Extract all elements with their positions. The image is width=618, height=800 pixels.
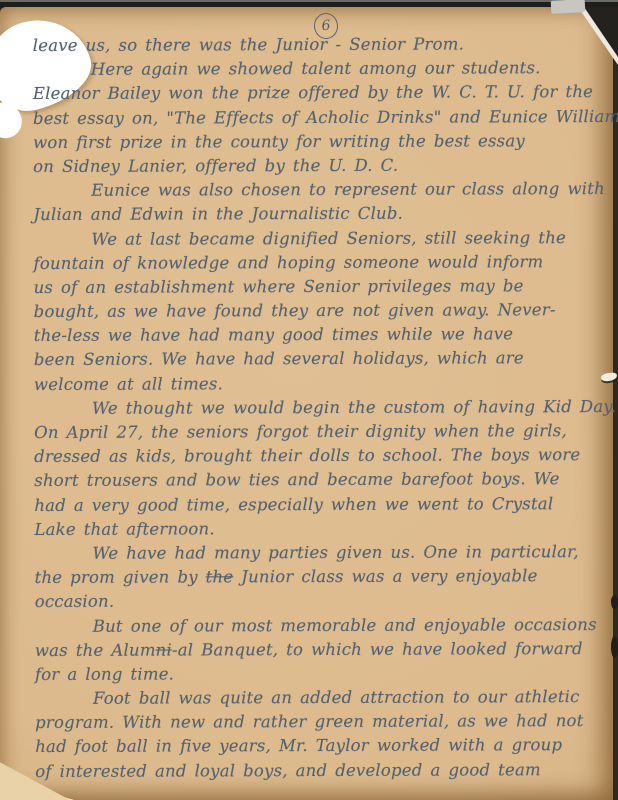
handwriting-lines: leave us, so there was the Junior - Seni… <box>33 32 606 784</box>
handwriting-text: We thought we would begin the custom of … <box>92 397 616 418</box>
handwriting-line: We at last became dignified Seniors, sti… <box>33 226 603 252</box>
handwriting-text: Junior class was a very enjoyable <box>233 566 537 586</box>
handwriting-text: fountain of knowledge and hoping someone… <box>33 252 543 273</box>
handwriting-text: the prom given by <box>35 568 206 588</box>
handwriting-text: dressed as kids, brought their dolls to … <box>34 445 580 466</box>
handwriting-text: of interested and loyal boys, and develo… <box>35 760 541 781</box>
handwriting-text: leave us, so there was the Junior - Seni… <box>33 34 464 55</box>
handwriting-text: bought, as we have found they are not gi… <box>34 300 556 321</box>
handwriting-line: We thought we would begin the custom of … <box>34 395 604 421</box>
struck-word: ni <box>156 640 172 659</box>
handwriting-line: for a long time. <box>35 661 605 687</box>
handwriting-line: fountain of knowledge and hoping someone… <box>33 250 603 276</box>
handwriting-line: of interested and loyal boys, and develo… <box>35 758 605 784</box>
handwriting-text: been Seniors. We have had several holida… <box>34 349 524 370</box>
handwriting-text: Eunice was also chosen to represent our … <box>91 179 605 200</box>
handwriting-text: Julian and Edwin in the Journalistic Clu… <box>33 204 403 224</box>
handwriting-text: Eleanor Bailey won the prize offered by … <box>33 82 593 103</box>
handwriting-line: won first prize in the county for writin… <box>33 129 603 155</box>
handwriting-text: on Sidney Lanier, offered by the U. D. C… <box>33 156 398 176</box>
handwriting-text: was the Alum <box>35 640 156 659</box>
handwriting-text: the-less we have had many good times whi… <box>34 325 514 346</box>
struck-word: the <box>206 567 234 586</box>
handwriting-line: the prom given by the Junior class was a… <box>35 564 605 590</box>
handwriting-text: But one of our most memorable and enjoya… <box>93 615 597 636</box>
right-edge-speck <box>611 636 618 658</box>
handwriting-text: Here again we showed talent among our st… <box>91 58 541 79</box>
handwriting-line: on Sidney Lanier, offered by the U. D. C… <box>33 153 603 179</box>
scanned-page: 6 leave us, so there was the Junior - Se… <box>0 0 618 800</box>
handwriting-line: On April 27, the seniors forgot their di… <box>34 419 604 445</box>
handwriting-line: the-less we have had many good times whi… <box>34 322 604 348</box>
handwriting-line: us of an establishment where Senior priv… <box>34 274 604 300</box>
handwriting-line: was the Alumni-al Banquet, to which we h… <box>35 637 605 663</box>
handwriting-text: occasion. <box>35 592 115 611</box>
handwriting-text: had foot ball in five years, Mr. Taylor … <box>35 736 562 757</box>
handwriting-line: welcome at all times. <box>34 371 604 397</box>
handwriting-line: short trousers and bow ties and became b… <box>34 467 604 493</box>
handwriting-text: for a long time. <box>35 664 174 683</box>
handwriting-text: had a very good time, especially when we… <box>34 494 553 515</box>
handwriting-line: Lake that afternoon. <box>34 516 604 542</box>
handwriting-line: Foot ball was quite an added attraction … <box>35 685 605 711</box>
handwriting-text: -al Banquet, to which we have looked for… <box>172 639 583 659</box>
handwriting-line: Eunice was also chosen to represent our … <box>33 177 603 203</box>
handwriting-text: welcome at all times. <box>34 374 223 394</box>
handwriting-text: best essay on, "The Effects of Acholic D… <box>33 106 618 127</box>
tape-tab <box>551 0 586 14</box>
handwriting-text: Foot ball was quite an added attraction … <box>93 687 580 708</box>
handwriting-line: had foot ball in five years, Mr. Taylor … <box>35 733 605 759</box>
handwriting-line: Eleanor Bailey won the prize offered by … <box>33 80 603 106</box>
handwriting-line: had a very good time, especially when we… <box>34 492 604 518</box>
handwriting-text: short trousers and bow ties and became b… <box>34 470 559 491</box>
handwriting-text: program. With new and rather green mater… <box>35 711 583 732</box>
handwriting-text: Lake that afternoon. <box>34 519 214 539</box>
page-number: 6 <box>321 18 331 35</box>
handwriting-line: Here again we showed talent among our st… <box>33 56 603 82</box>
handwriting-line: We have had many parties given us. One i… <box>34 540 604 566</box>
handwriting-line: bought, as we have found they are not gi… <box>34 298 604 324</box>
handwriting-text: won first prize in the county for writin… <box>33 131 525 152</box>
handwriting-text: We have had many parties given us. One i… <box>92 542 578 563</box>
handwriting-text: On April 27, the seniors forgot their di… <box>34 421 567 442</box>
right-edge-speck <box>611 595 618 609</box>
handwriting-line: program. With new and rather green mater… <box>35 709 605 735</box>
handwriting-line: Julian and Edwin in the Journalistic Clu… <box>33 201 603 227</box>
handwriting-text: us of an establishment where Senior priv… <box>34 276 524 297</box>
handwriting-line: dressed as kids, brought their dolls to … <box>34 443 604 469</box>
handwriting-text: We at last became dignified Seniors, sti… <box>91 228 566 249</box>
handwriting-line: leave us, so there was the Junior - Seni… <box>33 32 603 58</box>
handwriting-line: been Seniors. We have had several holida… <box>34 346 604 372</box>
handwriting-line: But one of our most memorable and enjoya… <box>35 613 605 639</box>
handwriting-line: best essay on, "The Effects of Acholic D… <box>33 105 603 131</box>
handwriting-line: occasion. <box>35 588 605 614</box>
